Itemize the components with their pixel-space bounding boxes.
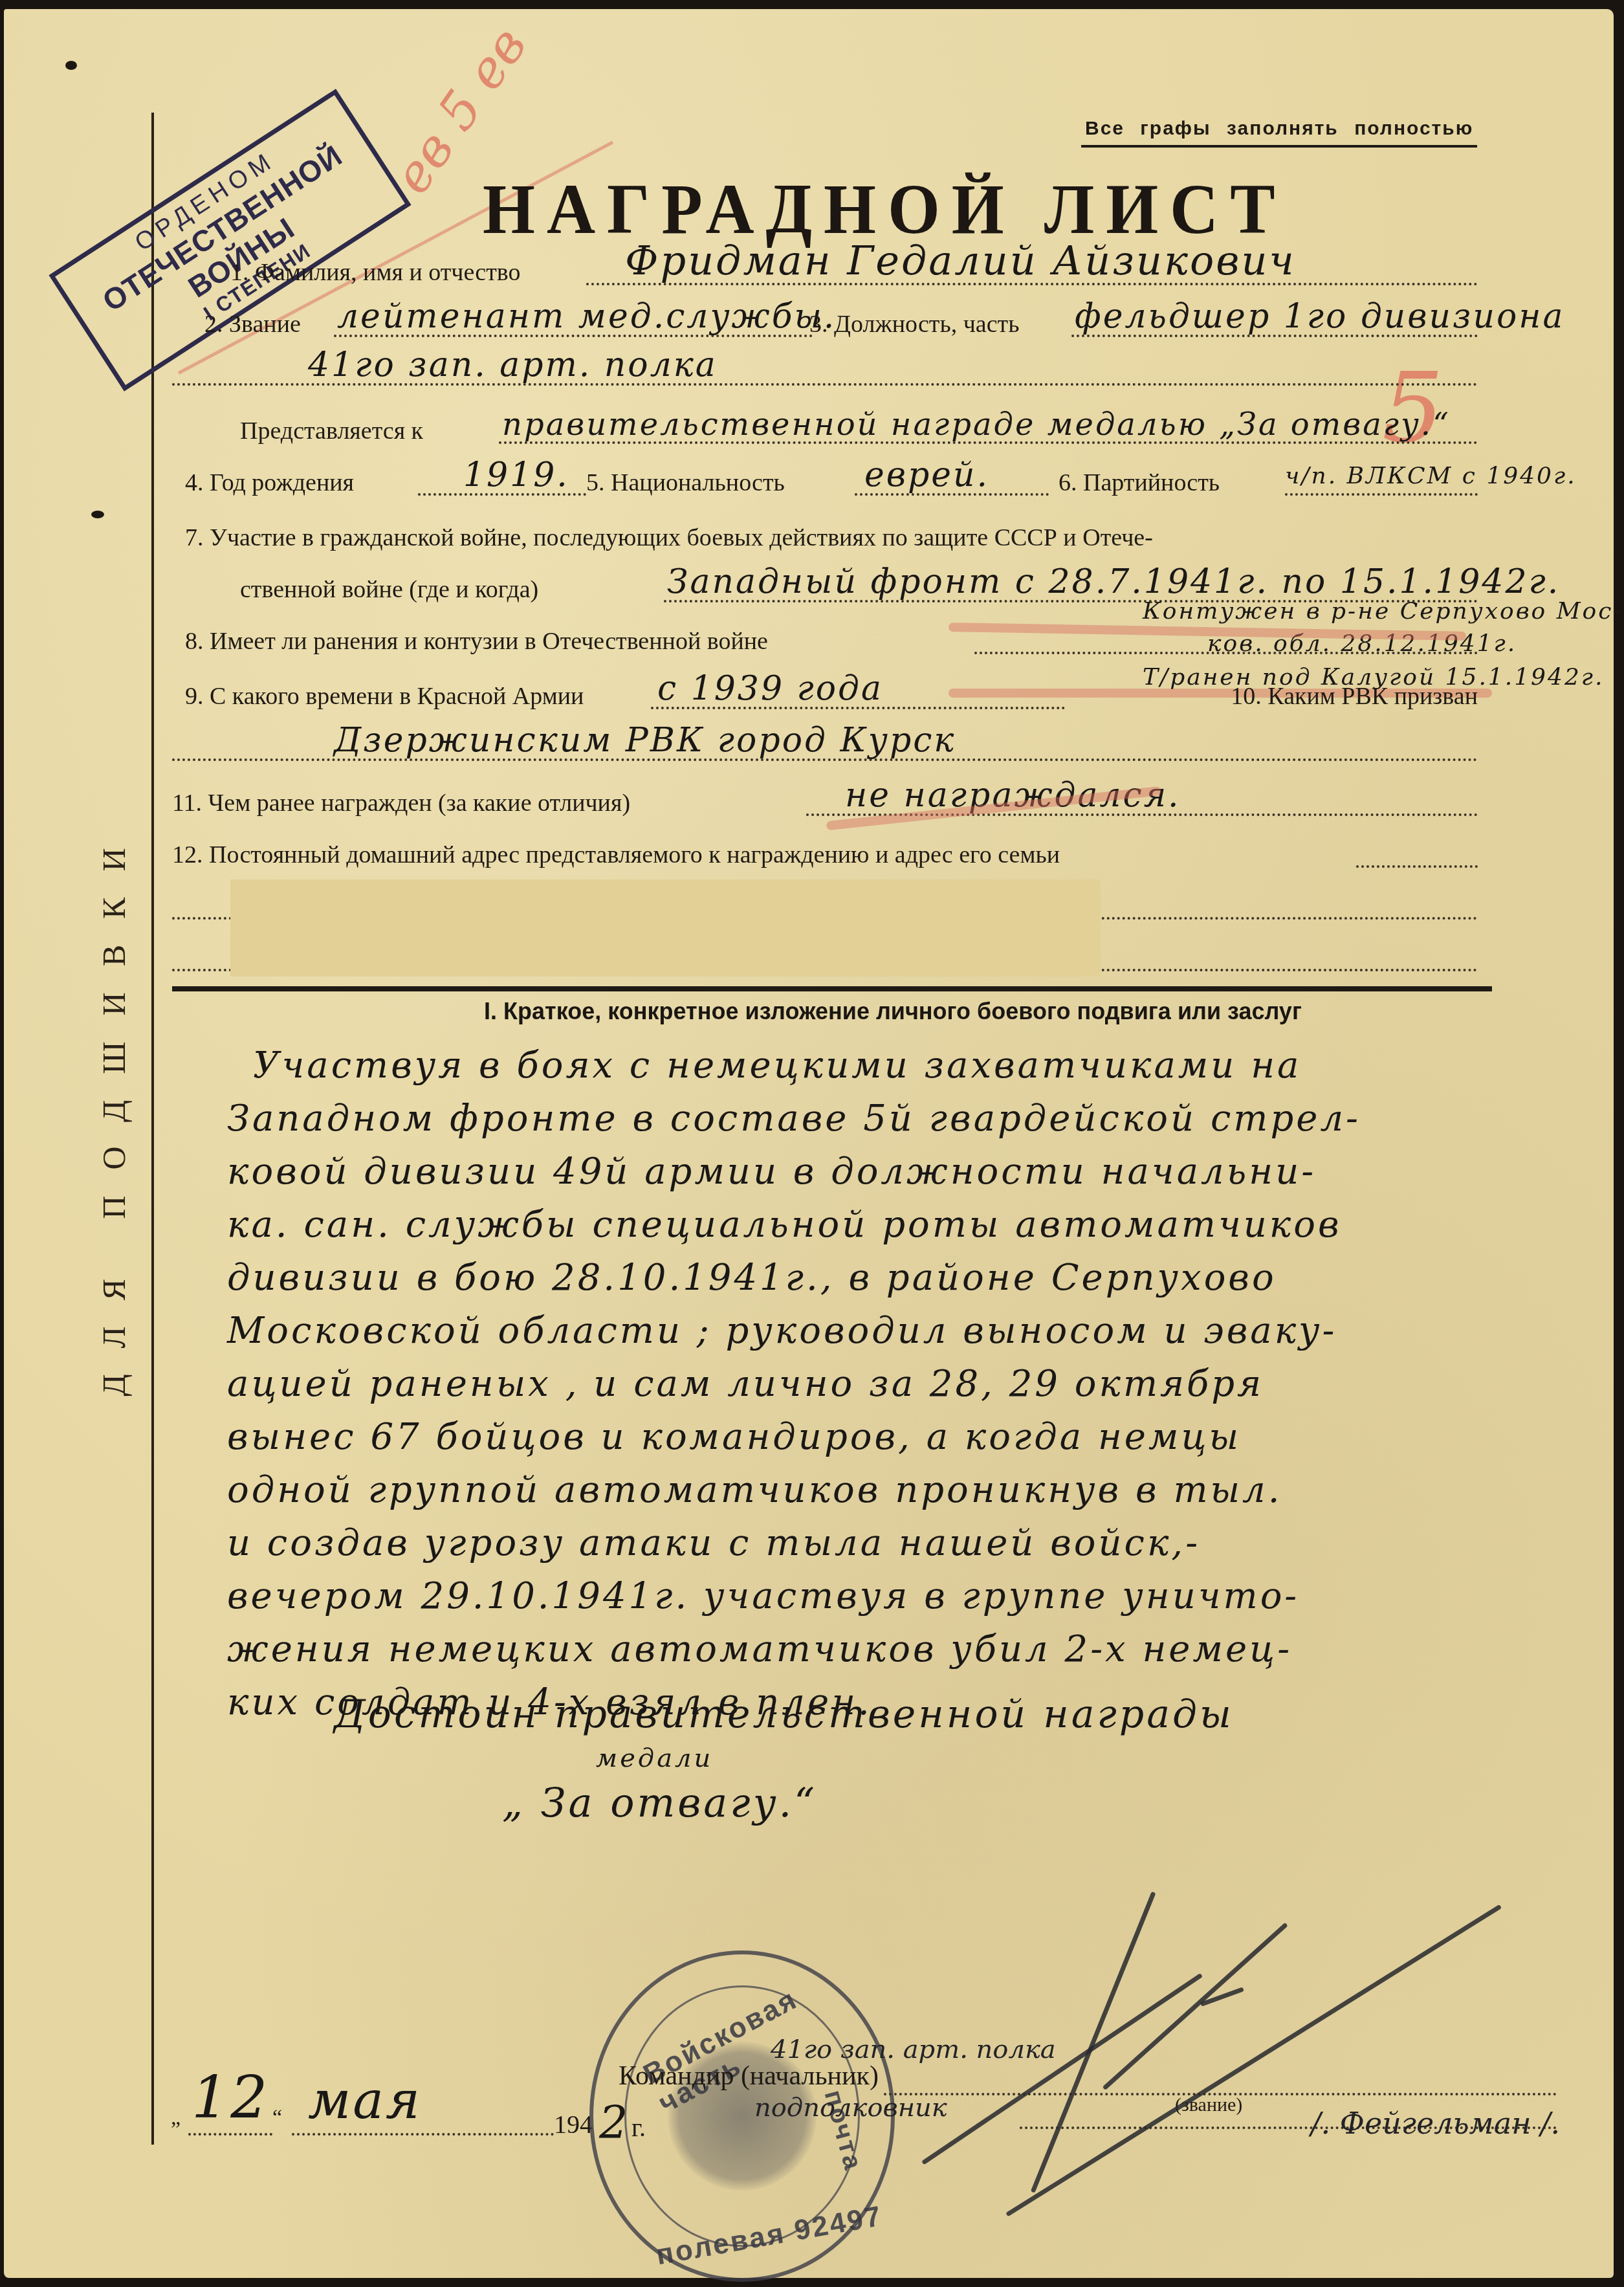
field-value-rvk: Дзержинским РВК город Курск [334, 721, 956, 760]
field-value-award: правительственной награде медалью „За от… [502, 406, 1451, 443]
field-label: 3. Должность, часть [809, 310, 1020, 338]
field-label: 12. Постоянный домашний адрес представля… [172, 841, 1060, 869]
date-year-prefix: 194 [554, 2109, 593, 2139]
field-value-combat: Западный фронт с 28.7.1941г. по 15.1.194… [667, 562, 1560, 601]
ink-smudge [65, 61, 77, 70]
field-value-unit: 41го зап. арт. полка [308, 346, 718, 384]
merit-description: Участвуя в боях с немецкими захватчиками… [227, 1039, 1424, 1729]
field-label: 5. Национальность [586, 469, 785, 497]
merit-line: дивизии в бою 28.10.1941г., в районе Сер… [227, 1252, 1424, 1305]
binding-margin-label: ДЛЯ ПОДШИВКИ [95, 822, 133, 1396]
conclusion-line1: Достоин правительственной награды [334, 1692, 1234, 1737]
field-label: ственной войне (где и когда) [240, 575, 538, 604]
merit-line: Западном фронте в составе 5й гвардейской… [227, 1092, 1424, 1145]
field-home-address: 12. Постоянный домашний адрес представля… [172, 834, 1478, 873]
merit-line: одной группой автоматчиков проникнув в т… [227, 1464, 1424, 1517]
merit-line: Участвуя в боях с немецкими захватчиками… [227, 1039, 1424, 1092]
conclusion-line3: „ За отвагу.“ [502, 1779, 817, 1826]
section-divider [172, 986, 1492, 991]
field-rvk-value: Дзержинским РВК город Курск [172, 727, 1478, 766]
dotted-line [1285, 493, 1478, 496]
commander-label: Командир (начальник) [619, 2061, 879, 2092]
merit-line: вечером 29.10.1941г. участвуя в группе у… [227, 1570, 1424, 1623]
conclusion-line2: медали [596, 1743, 713, 1773]
field-label: 4. Год рождения [185, 469, 354, 497]
merit-line: вынес 67 бойцов и командиров, а когда не… [227, 1411, 1424, 1464]
redacted-address-block [230, 879, 1101, 977]
field-value-party: ч/п. ВЛКСМ с 1940г. [1285, 463, 1577, 489]
field-value-army-since: с 1939 года [657, 669, 883, 708]
date-open-quote: „ [171, 2106, 181, 2130]
commander-rank-handwritten: подполковник [754, 2093, 947, 2123]
date-day: 12 [192, 2064, 270, 2132]
field-label: 11. Чем ранее награжден (за какие отличи… [172, 789, 630, 817]
merit-line: жения немецких автоматчиков убил 2-х нем… [227, 1623, 1424, 1676]
ink-smudge [91, 511, 104, 518]
field-label: 6. Партийность [1059, 469, 1220, 497]
award-sheet-paper: ДЛЯ ПОДШИВКИ ОРДЕНОМ ОТЕЧЕСТВЕННОЙ ВОЙНЫ… [4, 9, 1614, 2278]
field-rank-position: 2. Звание лейтенант мед.службы. 3. Должн… [172, 304, 1478, 342]
field-label: 9. С какого времени в Красной Армии [185, 682, 584, 711]
field-position-cont: 41го зап. арт. полка [172, 352, 1478, 391]
section-heading: I. Краткое, конкретное изложение личного… [4, 998, 1614, 1025]
fill-all-fields-instruction: Все графы заполнять полностью [1081, 118, 1477, 148]
field-army-since-rvk: 9. С какого времени в Красной Армии с 19… [172, 676, 1478, 714]
field-full-name: 1. Фамилия, имя и отчество Фридман Гедал… [172, 252, 1478, 291]
field-value-rank: лейтенант мед.службы. [337, 297, 836, 336]
merit-line: Московской области ; руководил выносом и… [227, 1305, 1424, 1358]
commander-name-handwritten: /. Фейгельман /. [1311, 2106, 1560, 2141]
binding-margin-rule [151, 113, 154, 2145]
field-label: 1. Фамилия, имя и отчество [230, 258, 520, 287]
merit-line: ковой дивизии 49й армии в должности нача… [227, 1145, 1424, 1199]
field-value-wounds-line1: Контужен в р-не Серпухово Мос- [1143, 598, 1623, 624]
field-label: 8. Имеет ли ранения и контузии в Отечест… [185, 627, 768, 656]
dotted-line [1356, 865, 1478, 868]
field-label: Представляется к [240, 417, 423, 445]
field-value-position: фельдшер 1го дивизиона [1075, 297, 1565, 336]
field-combat-participation: 7. Участие в гражданской войне, последую… [172, 517, 1478, 556]
merit-line: и создав угрозу атаки с тыла нашей войск… [227, 1517, 1424, 1570]
field-presented-to: Представляется к правительственной награ… [172, 410, 1478, 449]
merit-line: ка. сан. службы специальной роты автомат… [227, 1199, 1424, 1252]
field-label: 2. Звание [204, 310, 301, 338]
signature-stroke [921, 1973, 1203, 2165]
date-month: мая [308, 2070, 422, 2130]
field-previous-awards: 11. Чем ранее награжден (за какие отличи… [172, 782, 1478, 821]
dotted-line [188, 2133, 272, 2136]
field-value-nationality: еврей. [864, 456, 989, 494]
date-close-quote: “ [272, 2106, 282, 2130]
field-value-full-name: Фридман Гедалий Айзикович [625, 237, 1296, 284]
merit-line: ацией раненых , и сам лично за 28, 29 ок… [227, 1358, 1424, 1411]
field-label: 10. Каким РВК призван [1231, 682, 1478, 711]
dotted-line [292, 2133, 554, 2136]
field-label: 7. Участие в гражданской войне, последую… [185, 524, 1153, 552]
field-birth-nationality-party: 4. Год рождения 1919. 5. Национальность … [172, 462, 1478, 501]
field-value-birth-year: 1919. [463, 456, 569, 494]
